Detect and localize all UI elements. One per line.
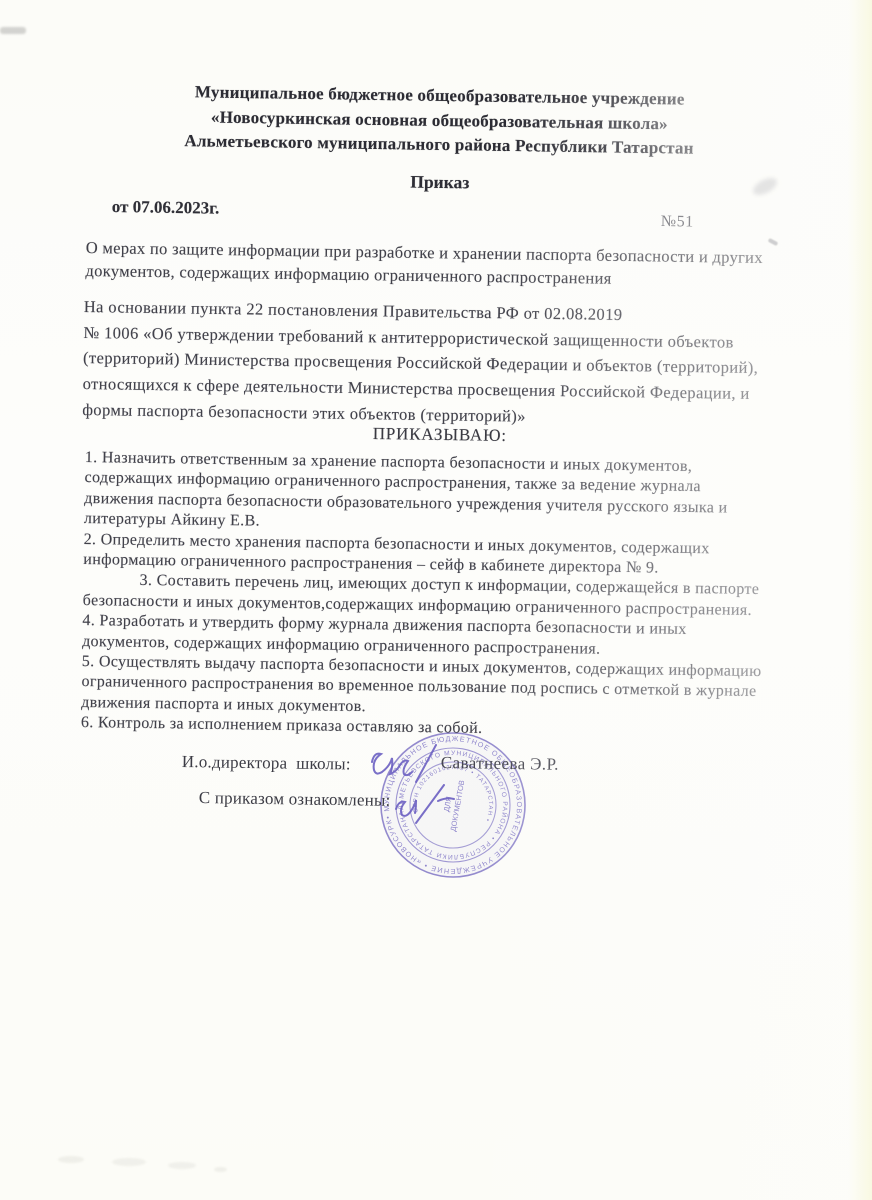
acknowledged-label: С приказом ознакомлены: xyxy=(199,788,391,811)
scan-artifact-speck xyxy=(214,1167,227,1172)
order-items: 1. Назначить ответственным за хранение п… xyxy=(81,448,765,744)
order-number: №51 xyxy=(661,213,694,231)
scan-artifact-speck xyxy=(168,1162,196,1169)
scan-artifact-dash xyxy=(0,27,26,34)
order-date: от 07.06.2023г. xyxy=(112,197,220,219)
order-subject: О мерах по защите информации при разрабо… xyxy=(85,236,763,292)
doc-type-title: Приказ xyxy=(40,166,840,199)
director-signature-label: И.о.директора школы: xyxy=(182,752,351,775)
scan-artifact-tick xyxy=(768,238,779,246)
scan-artifact-speck xyxy=(58,1156,84,1163)
scan-artifact-speck xyxy=(112,1158,146,1166)
org-header: Муниципальное бюджетное общеобразователь… xyxy=(39,78,840,163)
document-page: Муниципальное бюджетное общеобразователь… xyxy=(0,0,872,1200)
scan-edge-strip xyxy=(848,0,872,1200)
order-basis: На основании пункта 22 постановления Пра… xyxy=(82,294,759,433)
acknowledged-signature-ink xyxy=(388,779,460,825)
director-name: Саватнеева Э.Р. xyxy=(441,753,559,775)
scanned-order-document: { "doc": { "org_lines": [ "Муниципальное… xyxy=(0,0,872,1200)
